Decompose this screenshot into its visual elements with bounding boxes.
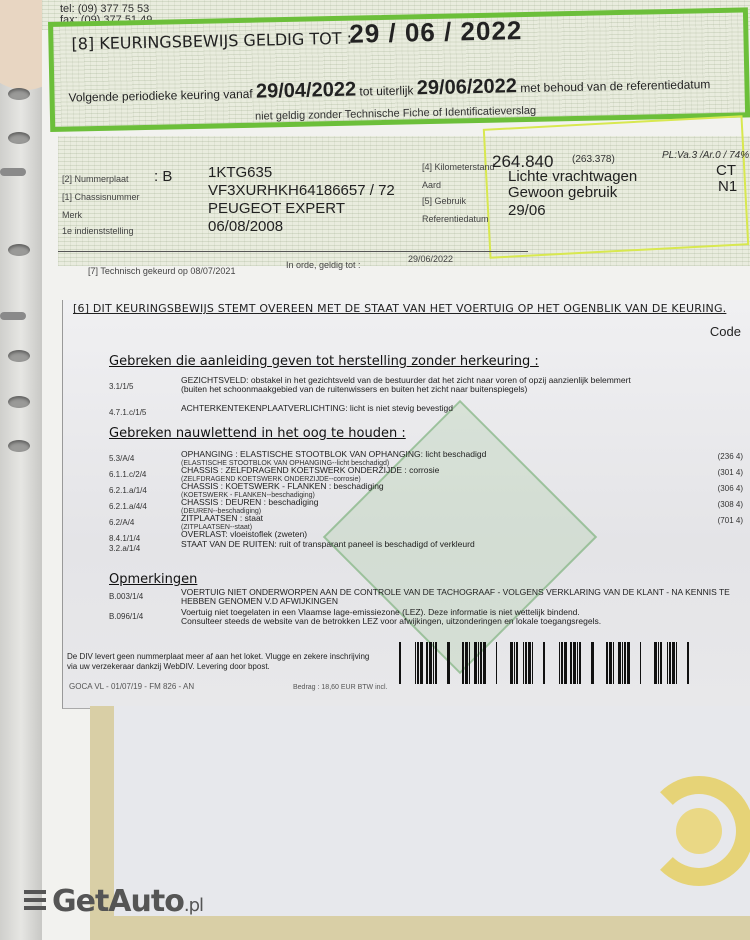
plate-label: [2] Nummerplaat <box>62 174 129 184</box>
remark-text: Voertuig niet toegelaten in een Vlaamse … <box>181 608 611 626</box>
defect-main: ZITPLAATSEN : staat <box>181 514 631 523</box>
defect-code: 3.1/1/5 <box>109 382 133 391</box>
plate-country: : B <box>154 168 172 185</box>
vehicle-details: [2] Nummerplaat : B 1KTG635 [1] Chassisn… <box>58 136 750 266</box>
tech-inspection: [7] Technisch gekeurd op 08/07/2021 <box>88 266 235 276</box>
defect-code: 6.2/A/4 <box>109 518 134 527</box>
defect-main: OPHANGING : ELASTISCHE STOOTBLOK VAN OPH… <box>181 450 631 459</box>
security-seal-center <box>676 808 722 854</box>
getauto-watermark: GetAuto.pl <box>52 884 203 919</box>
defect-code: 4.7.1.c/1/5 <box>109 408 146 417</box>
defect-main: STAAT VAN DE RUITEN: ruit of transparant… <box>181 540 631 549</box>
punch-hole <box>8 244 30 256</box>
defect-reference: (236 4) <box>718 452 743 461</box>
remarks-title: Opmerkingen <box>109 572 197 587</box>
defect-code: 8.4.1/1/4 <box>109 534 140 543</box>
defect-main: CHASSIS : DEUREN : beschadiging <box>181 498 631 507</box>
brand-label: Merk <box>62 210 82 220</box>
defect-code: 6.2.1.a/4/4 <box>109 502 147 511</box>
type-code: CT <box>716 162 736 179</box>
binder-ring <box>0 168 26 176</box>
inspection-results: [6] DIT KEURINGSBEWIJS STEMT OVEREEN MET… <box>62 300 750 709</box>
punch-hole <box>8 132 30 144</box>
div-note: De DIV levert geen nummerplaat meer af a… <box>67 652 377 672</box>
defect-main: OVERLAST: vloeistoflek (zweten) <box>181 530 631 539</box>
next-to-label: tot uiterlijk <box>359 83 413 98</box>
inspection-certificate: tel: (09) 377 75 53 fax: (09) 377 51 49 … <box>42 0 750 940</box>
defect-code: 6.1.1.c/2/4 <box>109 470 146 479</box>
defect-text: STAAT VAN DE RUITEN: ruit of transparant… <box>181 540 631 549</box>
next-to-date: 29/06/2022 <box>417 75 518 99</box>
watermark-text: GetAuto <box>52 884 184 919</box>
first-reg-date: 06/08/2008 <box>208 218 283 235</box>
type-label: Aard <box>422 180 441 190</box>
punch-hole <box>8 88 30 100</box>
pl-info: PL:Va.3 /Ar.0 / 74% <box>662 150 749 161</box>
punch-hole <box>8 396 30 408</box>
defect-code: 5.3/A/4 <box>109 454 134 463</box>
validity-label: [8] KEURINGSBEWIJS GELDIG TOT : <box>71 29 352 54</box>
form-id: GOCA VL - 01/07/19 - FM 826 - AN <box>69 682 194 691</box>
getauto-logo-icon <box>24 890 46 916</box>
defect-code: 6.2.1.a/1/4 <box>109 486 147 495</box>
next-inspection-line: Volgende periodieke keuring vanaf 29/04/… <box>68 71 710 107</box>
defect-text: ACHTERKENTEKENPLAATVERLICHTING: licht is… <box>181 404 631 413</box>
section-monitor-title: Gebreken nauwlettend in het oog te houde… <box>109 426 406 441</box>
binder-ring <box>0 312 26 320</box>
defect-reference: (306 4) <box>718 484 743 493</box>
chassis-number: VF3XURHKH64186657 / 72 <box>208 182 395 199</box>
section-repair-title: Gebreken die aanleiding geven tot herste… <box>109 354 539 369</box>
next-suffix: met behoud van de referentiedatum <box>520 77 710 95</box>
km-label: [4] Kilometerstand <box>422 162 495 172</box>
first-reg-label: 1e indienststelling <box>62 226 134 236</box>
not-valid-note: niet geldig zonder Technische Fiche of I… <box>255 105 536 123</box>
usage: Gewoon gebruik <box>508 184 617 201</box>
watermark-suffix: .pl <box>184 895 203 916</box>
next-from-date: 29/04/2022 <box>256 79 357 103</box>
km-previous: (263.378) <box>572 154 615 165</box>
defect-reference: (301 4) <box>718 468 743 477</box>
validity-date: 29 / 06 / 2022 <box>349 15 523 50</box>
remark-code: B.096/1/4 <box>109 612 143 621</box>
code-header: Code <box>710 324 741 339</box>
brand: PEUGEOT EXPERT <box>208 200 345 217</box>
defect-reference: (701 4) <box>718 516 743 525</box>
category: N1 <box>718 178 737 195</box>
validity-box: [8] KEURINGSBEWIJS GELDIG TOT : 29 / 06 … <box>48 7 750 132</box>
next-inspection-prefix: Volgende periodieke keuring vanaf <box>68 87 252 105</box>
punch-hole <box>8 440 30 452</box>
in-order-date: 29/06/2022 <box>408 254 453 264</box>
binder-sleeve <box>0 0 42 940</box>
defect-main: CHASSIS : KOETSWERK - FLANKEN : beschadi… <box>181 482 631 491</box>
remark-code: B.003/1/4 <box>109 592 143 601</box>
defect-text: OVERLAST: vloeistoflek (zweten) <box>181 530 631 539</box>
certificate-statement: [6] DIT KEURINGSBEWIJS STEMT OVEREEN MET… <box>73 302 726 315</box>
ref-date-label: Referentiedatum <box>422 214 489 224</box>
defect-text: GEZICHTSVELD: obstakel in het gezichtsve… <box>181 376 631 394</box>
chassis-label: [1] Chassisnummer <box>62 192 140 202</box>
ref-date: 29/06 <box>508 202 546 219</box>
remark-text: VOERTUIG NIET ONDERWORPEN AAN DE CONTROL… <box>181 588 741 606</box>
defect-main: CHASSIS : ZELFDRAGEND KOETSWERK ONDERZIJ… <box>181 466 631 475</box>
usage-label: [5] Gebruik <box>422 196 466 206</box>
vehicle-type: Lichte vrachtwagen <box>508 168 637 185</box>
defect-reference: (308 4) <box>718 500 743 509</box>
defect-code: 3.2.a/1/4 <box>109 544 140 553</box>
punch-hole <box>8 350 30 362</box>
barcode <box>393 642 693 684</box>
divider <box>58 251 528 252</box>
plate-number: 1KTG635 <box>208 164 272 181</box>
amount: Bedrag : 18,60 EUR BTW incl. <box>293 684 388 691</box>
in-order-label: In orde, geldig tot : <box>286 260 361 270</box>
